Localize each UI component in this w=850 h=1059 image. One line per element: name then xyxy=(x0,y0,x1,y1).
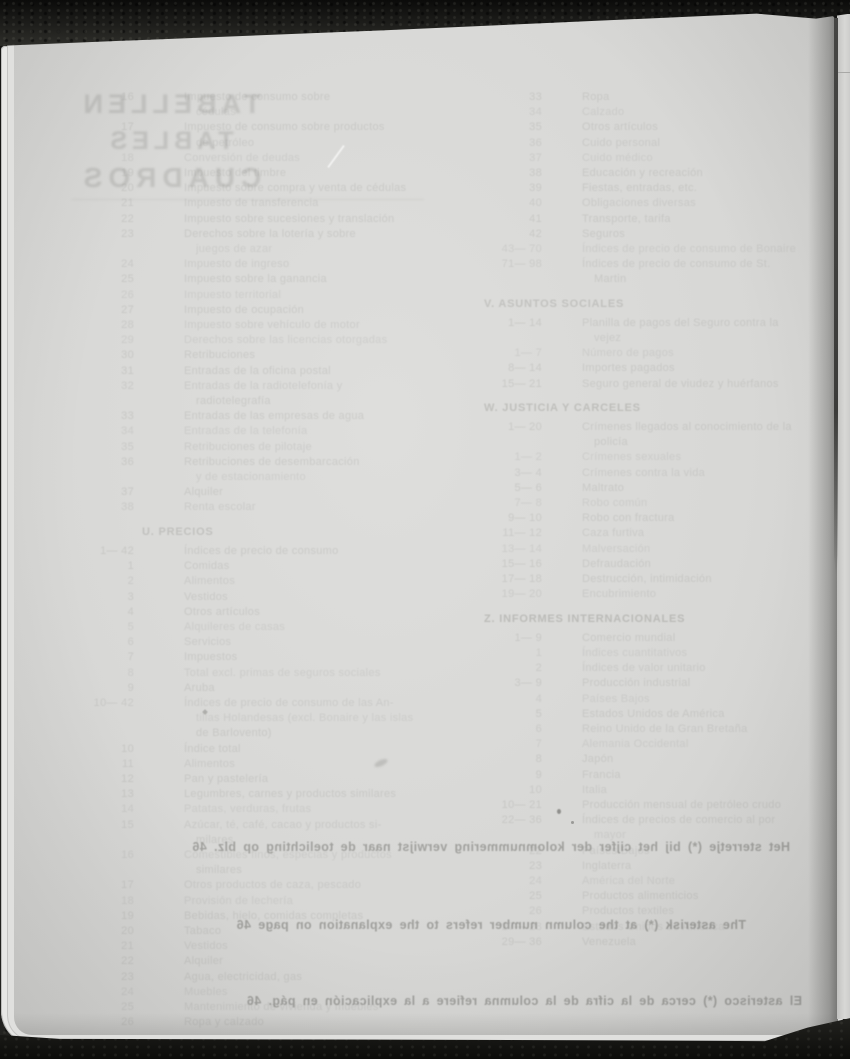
page-lift-shadow xyxy=(834,18,838,578)
blank-page: TABELLEN TABLES CUADROS 16 Impuesto de c… xyxy=(14,12,838,1035)
fore-edge-page-line xyxy=(837,72,850,73)
scan-vignette xyxy=(14,12,838,1035)
scanned-book-page: TABELLEN TABLES CUADROS 16 Impuesto de c… xyxy=(0,0,850,1059)
fore-edge-pages xyxy=(837,14,850,1019)
